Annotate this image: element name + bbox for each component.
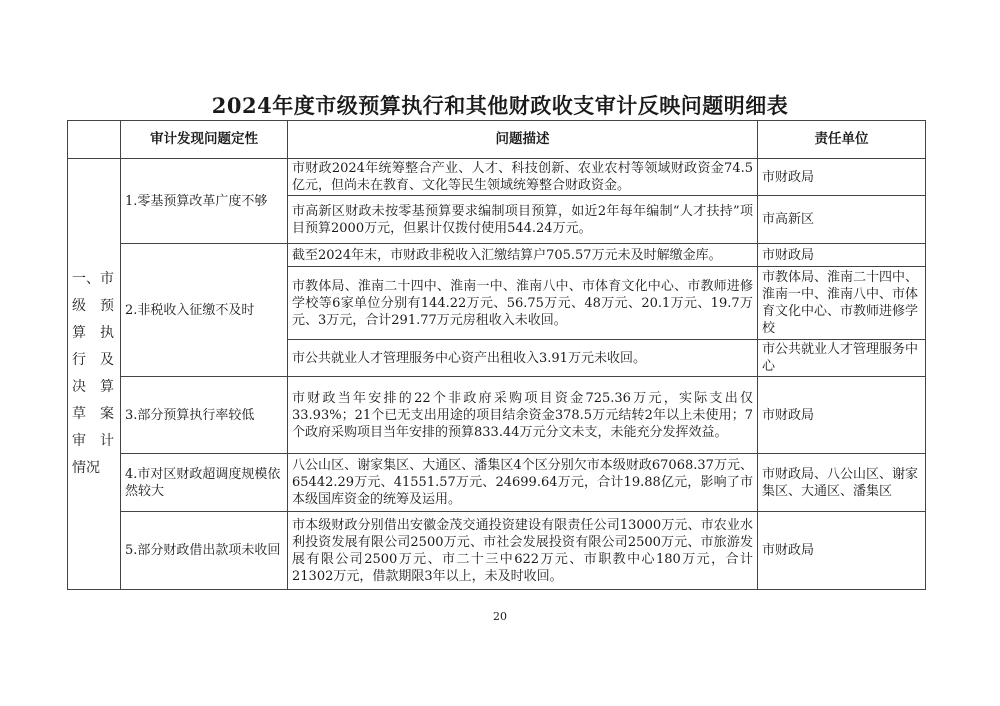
section-label: 一、市 级 预 算 执 行 及 决 算 草 案 审 计 情况 bbox=[68, 159, 121, 590]
issue-description: 市财政当年安排的22个非政府采购项目资金725.36万元，实际支出仅33.93%… bbox=[288, 377, 758, 454]
issue-description: 市公共就业人才管理服务中心资产出租收入3.91万元未收回。 bbox=[288, 340, 758, 377]
responsible-unit: 市财政局 bbox=[758, 512, 926, 590]
audit-issues-table: 审计发现问题定性 问题描述 责任单位 一、市 级 预 算 执 行 及 决 算 草… bbox=[67, 120, 926, 590]
responsible-unit: 市教体局、淮南二十四中、淮南一中、淮南八中、市体育文化中心、市教师进修学校 bbox=[758, 267, 926, 340]
table-row: 5.部分财政借出款项未收回 市本级财政分别借出安徽金茂交通投资建设有限责任公司1… bbox=[68, 512, 926, 590]
responsible-unit: 市财政局 bbox=[758, 377, 926, 454]
section-line: 行 及 bbox=[72, 347, 116, 374]
section-line: 决 算 bbox=[72, 374, 116, 401]
issue-description: 市本级财政分别借出安徽金茂交通投资建设有限责任公司13000万元、市农业水利投资… bbox=[288, 512, 758, 590]
header-issue-nature: 审计发现问题定性 bbox=[121, 121, 288, 159]
section-line: 审 计 bbox=[72, 428, 116, 455]
issue-category: 4.市对区财政超调度规模依然较大 bbox=[121, 454, 288, 512]
section-line: 算 执 bbox=[72, 320, 116, 347]
table-row: 4.市对区财政超调度规模依然较大 八公山区、谢家集区、大通区、潘集区4个区分别欠… bbox=[68, 454, 926, 512]
section-line: 级 预 bbox=[72, 293, 116, 320]
page-number: 20 bbox=[0, 610, 1000, 623]
table-row: 3.部分预算执行率较低 市财政当年安排的22个非政府采购项目资金725.36万元… bbox=[68, 377, 926, 454]
responsible-unit: 市财政局、八公山区、谢家集区、大通区、潘集区 bbox=[758, 454, 926, 512]
issue-category: 1.零基预算改革广度不够 bbox=[121, 159, 288, 244]
issue-category: 5.部分财政借出款项未收回 bbox=[121, 512, 288, 590]
table-row: 一、市 级 预 算 执 行 及 决 算 草 案 审 计 情况 1.零基预算改革广… bbox=[68, 159, 926, 196]
header-section bbox=[68, 121, 121, 159]
document-title: 2024年度市级预算执行和其他财政收支审计反映问题明细表 bbox=[0, 90, 1000, 120]
issue-description: 市教体局、淮南二十四中、淮南一中、淮南八中、市体育文化中心、市教师进修学校等6家… bbox=[288, 267, 758, 340]
issue-category: 3.部分预算执行率较低 bbox=[121, 377, 288, 454]
section-line: 情况 bbox=[72, 455, 116, 482]
header-responsible-unit: 责任单位 bbox=[758, 121, 926, 159]
responsible-unit: 市公共就业人才管理服务中心 bbox=[758, 340, 926, 377]
issue-description: 八公山区、谢家集区、大通区、潘集区4个区分别欠市本级财政67068.37万元、6… bbox=[288, 454, 758, 512]
issue-description: 截至2024年末，市财政非税收入汇缴结算户705.57万元未及时解缴金库。 bbox=[288, 244, 758, 267]
issue-description: 市高新区财政未按零基预算要求编制项目预算，如近2年每年编制“人才扶持”项目预算2… bbox=[288, 196, 758, 244]
section-line: 一、市 bbox=[72, 266, 116, 293]
responsible-unit: 市财政局 bbox=[758, 244, 926, 267]
table-header-row: 审计发现问题定性 问题描述 责任单位 bbox=[68, 121, 926, 159]
responsible-unit: 市财政局 bbox=[758, 159, 926, 196]
table-row: 2.非税收入征缴不及时 截至2024年末，市财政非税收入汇缴结算户705.57万… bbox=[68, 244, 926, 267]
issue-category: 2.非税收入征缴不及时 bbox=[121, 244, 288, 377]
header-issue-description: 问题描述 bbox=[288, 121, 758, 159]
section-line: 草 案 bbox=[72, 401, 116, 428]
responsible-unit: 市高新区 bbox=[758, 196, 926, 244]
issue-description: 市财政2024年统筹整合产业、人才、科技创新、农业农村等领域财政资金74.5亿元… bbox=[288, 159, 758, 196]
